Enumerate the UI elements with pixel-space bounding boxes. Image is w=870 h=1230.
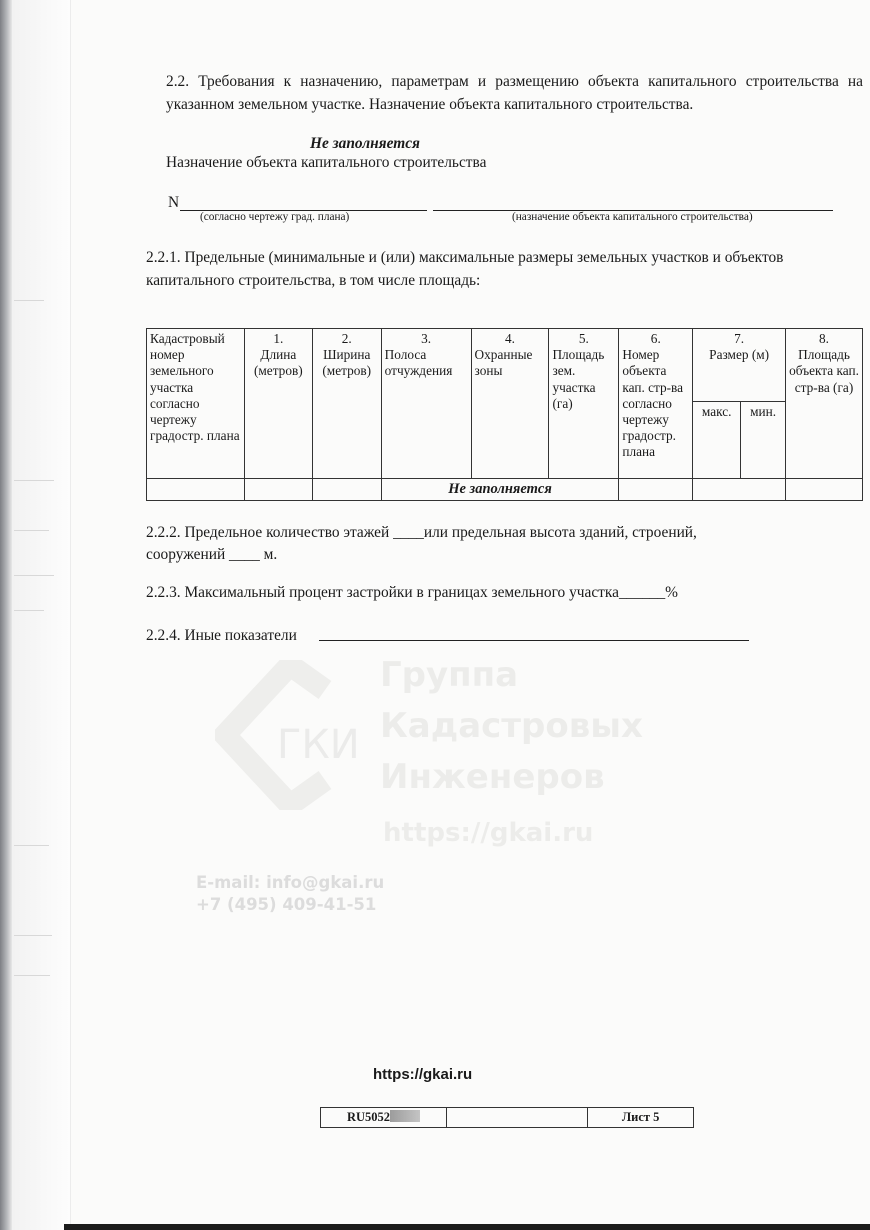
sheet-number: Лист 5 [588, 1108, 694, 1128]
underlying-page-edge [12, 0, 71, 1230]
cell-object-number [619, 479, 693, 501]
document-page: ГКИ Группа Кадастровых Инженеров https:/… [70, 0, 870, 1224]
section-2-2-2-text-b: сооружений ____ м. [146, 543, 277, 566]
header-object-area: 8.Площадь объекта кап. стр-ва (га) [786, 329, 863, 479]
cell-object-area [786, 479, 863, 501]
section-2-2-4-text: 2.2.4. Иные показатели [146, 624, 297, 647]
doc-number-cell: RU5052 [321, 1108, 447, 1128]
section-2-2-3-text: 2.2.3. Максимальный процент застройки в … [146, 581, 678, 604]
table-header-row: Кадастровый номер земельного участка сог… [147, 329, 863, 402]
header-size: 7.Размер (м) [693, 329, 786, 402]
caption-left: (согласно чертежу град. плана) [200, 206, 349, 229]
scan-bottom-edge [64, 1224, 870, 1230]
number-prefix: N [168, 191, 179, 214]
header-width: 2.Ширина (метров) [312, 329, 381, 479]
footer-stamp: RU5052 Лист 5 [320, 1107, 694, 1128]
header-size-min: мин. [741, 402, 786, 479]
cell-length [244, 479, 312, 501]
section-2-2-1-text: 2.2.1. Предельные (минимальные и (или) м… [146, 246, 846, 292]
scan-binding-edge [0, 0, 12, 1230]
limits-table: Кадастровый номер земельного участка сог… [146, 328, 863, 501]
watermark-title: Группа Кадастровых Инженеров [380, 650, 643, 803]
header-protection-zones: 4.Охранные зоны [471, 329, 549, 479]
watermark-url: https://gkai.ru [383, 818, 593, 848]
table-row: Не заполняется [147, 479, 863, 501]
caption-right: (назначение объекта капитального строите… [512, 206, 753, 229]
cell-size [693, 479, 786, 501]
header-size-max: макс. [693, 402, 741, 479]
svg-text:ГКИ: ГКИ [277, 722, 360, 768]
gki-logo-watermark-icon: ГКИ [215, 660, 365, 810]
section-2-2-text: 2.2. Требования к назначению, параметрам… [166, 70, 863, 116]
header-length: 1.Длина (метров) [244, 329, 312, 479]
purpose-label: Назначение объекта капитального строител… [166, 151, 486, 174]
cell-not-filled: Не заполняется [381, 479, 619, 501]
header-cadastral: Кадастровый номер земельного участка сог… [147, 329, 245, 479]
watermark-contact: E-mail: info@gkai.ru +7 (495) 409-41-51 [196, 872, 384, 916]
header-exclusion-strip: 3.Полоса отчуждения [381, 329, 471, 479]
header-plot-area: 5.Площадь зем. участка (га) [549, 329, 619, 479]
redacted-block [390, 1110, 420, 1122]
footer-empty-cell [447, 1108, 588, 1128]
other-indicators-line [319, 640, 749, 641]
cell-width [312, 479, 381, 501]
site-link[interactable]: https://gkai.ru [373, 1066, 472, 1083]
cell-cadastral [147, 479, 245, 501]
section-2-2-2-text-a: 2.2.2. Предельное количество этажей ____… [146, 521, 697, 544]
header-object-number: 6.Номер объекта кап. стр-ва согласно чер… [619, 329, 693, 479]
